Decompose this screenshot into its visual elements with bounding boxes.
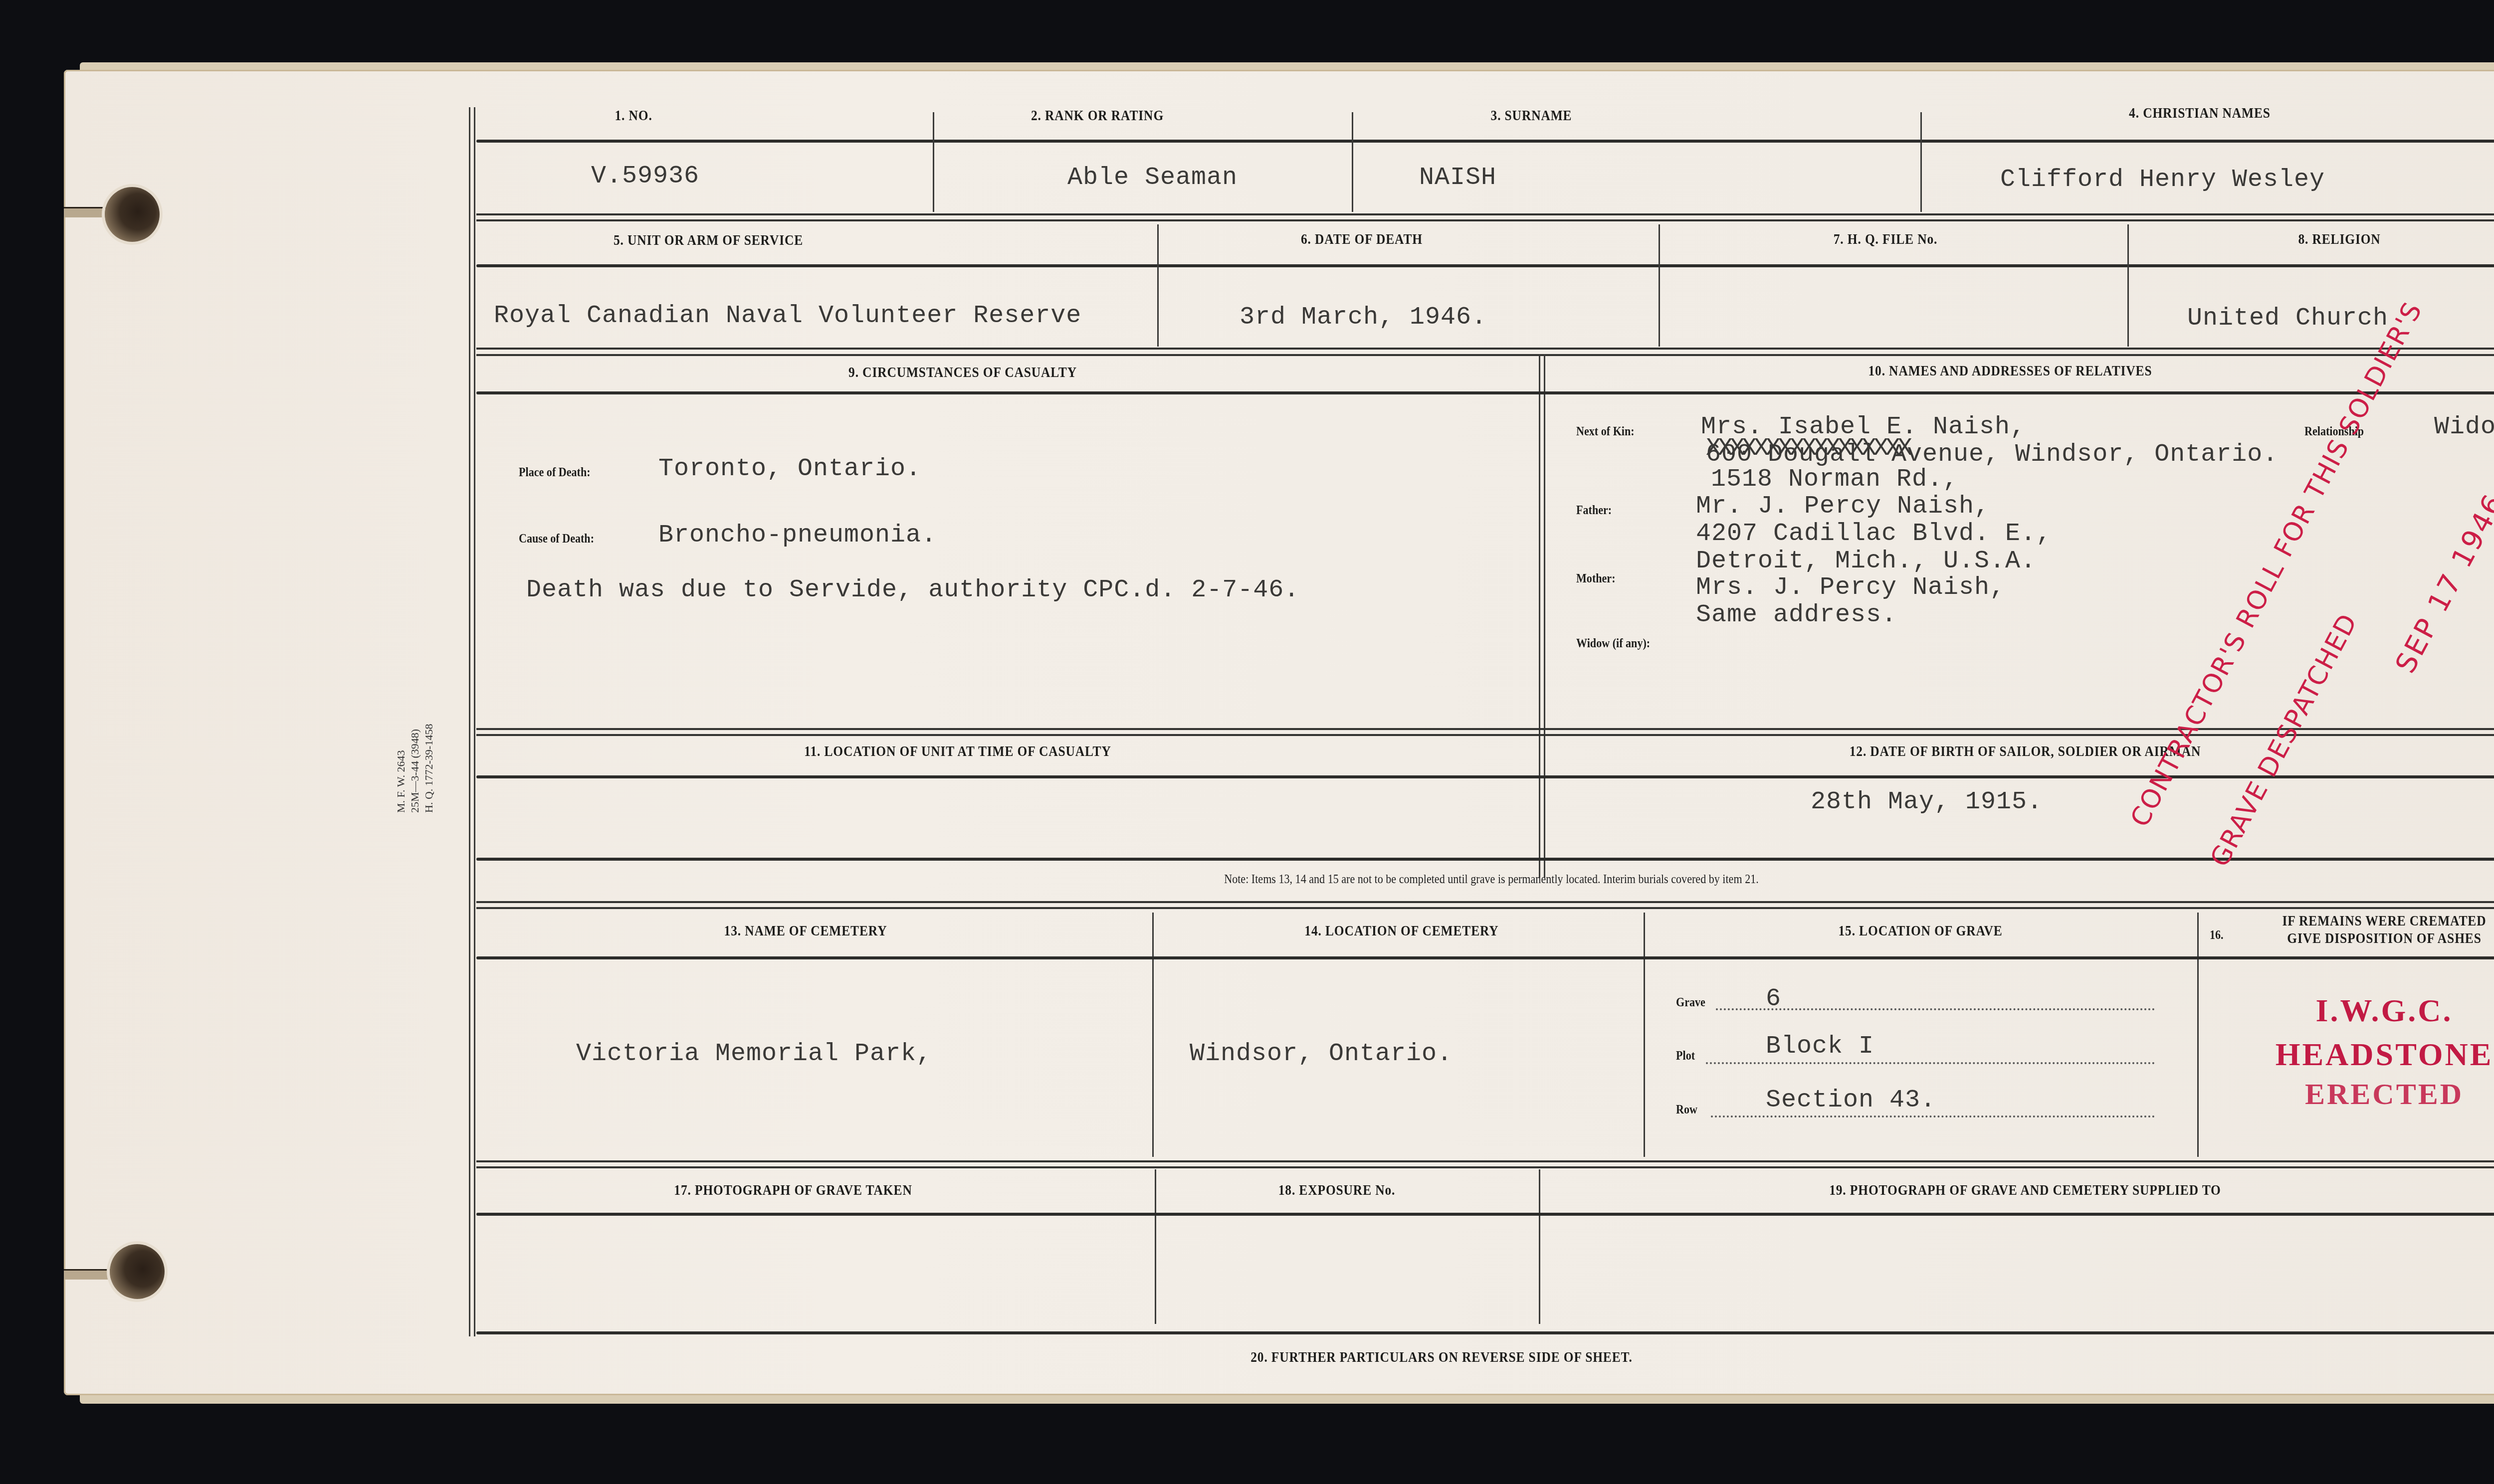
divider: [1539, 354, 1540, 878]
form-code-line: M. F. W. 2643: [394, 724, 408, 813]
value-next-of-kin-new-address: 1518 Norman Rd.,: [1711, 465, 1958, 494]
label-location-of-unit: 11. LOCATION OF UNIT AT TIME OF CASUALTY: [767, 743, 1149, 760]
stamp-erected: ERECTED: [2225, 1077, 2494, 1112]
label-father: Father:: [1576, 503, 1612, 518]
label-hq-file: 7. H. Q. FILE No.: [1801, 231, 1970, 248]
value-father-line: Detroit, Mich., U.S.A.: [1696, 547, 2036, 575]
label-exposure-no: 18. EXPOSURE No.: [1252, 1182, 1422, 1199]
label-religion: 8. RELIGION: [2276, 231, 2403, 248]
divider: [1644, 913, 1645, 1157]
double-rule: [476, 348, 2494, 350]
double-rule: [476, 219, 2494, 221]
label-no: 1. NO.: [591, 107, 676, 124]
value-surname: NAISH: [1419, 164, 1496, 192]
overtype-xs: XXXXXXXXXXXXXXXXX: [1706, 434, 1909, 463]
binder-hole-top: [105, 187, 160, 242]
value-cause-of-death: Broncho-pneumonia.: [658, 521, 937, 550]
label-date-of-death: 6. DATE OF DEATH: [1281, 231, 1443, 248]
value-christian-names: Clifford Henry Wesley: [2000, 166, 2325, 194]
value-mother-line: Same address.: [1696, 601, 1897, 629]
value-religion: United Church: [2187, 304, 2388, 333]
form-code-line: H. Q. 1772-39-1458: [422, 724, 436, 813]
double-rule: [476, 1166, 2494, 1168]
form-border-left-inner: [474, 107, 475, 1336]
label-row: Row: [1676, 1102, 1697, 1117]
label-place-of-death: Place of Death:: [519, 465, 591, 480]
stamp-headstone: HEADSTONE: [2225, 1036, 2494, 1073]
label-circumstances: 9. CIRCUMSTANCES OF CASUALTY: [835, 364, 1090, 381]
value-no: V.59936: [591, 162, 699, 190]
label-cremation-number: 16.: [2210, 927, 2224, 942]
divider: [1157, 224, 1159, 347]
label-next-of-kin: Next of Kin:: [1576, 424, 1635, 439]
label-grave-location: 15. LOCATION OF GRAVE: [1823, 923, 2018, 939]
value-next-of-kin-address: 600 Dougall AvenueXXXXXXXXXXXXXXXXX, Win…: [1706, 440, 2278, 469]
divider: [1352, 112, 1353, 212]
divider: [1152, 913, 1154, 1157]
row6-bottom-rule: [476, 1331, 2494, 1334]
value-mother-line: Mrs. J. Percy Naish,: [1696, 573, 2005, 602]
value-relationship: Widow: [2434, 413, 2494, 441]
value-date-of-death: 3rd March, 1946.: [1240, 303, 1487, 332]
form-border-left: [469, 107, 470, 1336]
divider: [1544, 354, 1545, 878]
form-code: M. F. W. 2643 25M—3-44 (3948) H. Q. 1772…: [394, 724, 436, 813]
value-cemetery-location: Windsor, Ontario.: [1190, 1040, 1453, 1068]
label-cause-of-death: Cause of Death:: [519, 531, 594, 546]
row3-header-rule: [476, 391, 2494, 394]
divider: [1539, 1169, 1540, 1324]
divider: [2197, 913, 2199, 1157]
value-row: Section 43.: [1766, 1086, 1936, 1114]
next-of-kin-city: , Windsor, Ontario.: [1984, 440, 2278, 469]
completion-note: Note: Items 13, 14 and 15 are not to be …: [877, 872, 2106, 887]
divider: [1920, 112, 1922, 212]
value-date-of-birth: 28th May, 1915.: [1811, 788, 2043, 816]
double-rule: [476, 901, 2494, 903]
grave-dotted-line: [1716, 1008, 2155, 1010]
label-relatives: 10. NAMES AND ADDRESSES OF RELATIVES: [1862, 363, 2159, 379]
label-cemetery-name: 13. NAME OF CEMETERY: [710, 923, 901, 939]
label-further-particulars: 20. FURTHER PARTICULARS ON REVERSE SIDE …: [1187, 1349, 1696, 1366]
label-christian-names: 4. CHRISTIAN NAMES: [2115, 105, 2285, 122]
value-father-line: Mr. J. Percy Naish,: [1696, 492, 1990, 521]
label-surname: 3. SURNAME: [1468, 107, 1595, 124]
divider: [1659, 224, 1660, 347]
row4-header-rule: [476, 775, 2494, 778]
label-mother: Mother:: [1576, 571, 1616, 586]
value-rank: Able Seaman: [1067, 164, 1238, 192]
label-photo-taken: 17. PHOTOGRAPH OF GRAVE TAKEN: [645, 1182, 942, 1199]
label-grave: Grave: [1676, 995, 1705, 1010]
value-plot: Block I: [1766, 1032, 1874, 1061]
label-widow: Widow (if any):: [1576, 636, 1650, 651]
divider: [1155, 1169, 1156, 1324]
label-plot: Plot: [1676, 1048, 1695, 1063]
divider: [2127, 224, 2129, 347]
row-dotted-line: [1711, 1115, 2155, 1117]
binder-hole-bottom: [110, 1244, 165, 1299]
label-cremation-line1: IF REMAINS WERE CREMATED: [2257, 913, 2494, 929]
label-unit: 5. UNIT OR ARM OF SERVICE: [598, 232, 819, 249]
row4-bottom-rule: [476, 858, 2494, 861]
row5-header-rule: [476, 956, 2494, 959]
double-rule: [476, 354, 2494, 356]
value-place-of-death: Toronto, Ontario.: [658, 455, 921, 483]
value-unit: Royal Canadian Naval Volunteer Reserve: [494, 302, 1081, 330]
row1-header-rule: [476, 140, 2494, 143]
label-photo-supplied-to: 19. PHOTOGRAPH OF GRAVE AND CEMETERY SUP…: [1771, 1182, 2280, 1199]
divider: [933, 112, 934, 212]
value-circumstances-remark: Death was due to Servide, authority CPC.…: [526, 576, 1299, 604]
label-cremation-line2: GIVE DISPOSITION OF ASHES: [2257, 930, 2494, 947]
value-cemetery-name: Victoria Memorial Park,: [576, 1040, 932, 1068]
label-rank: 2. RANK OR RATING: [1013, 107, 1182, 124]
double-rule: [476, 1160, 2494, 1162]
stamp-iwgc: I.W.G.C.: [2225, 992, 2494, 1029]
form-code-line: 25M—3-44 (3948): [408, 724, 422, 813]
value-father-line: 4207 Cadillac Blvd. E.,: [1696, 520, 2052, 548]
row2-header-rule: [476, 264, 2494, 267]
struck-address: 600 Dougall AvenueXXXXXXXXXXXXXXXXX: [1706, 440, 1984, 469]
double-rule: [476, 907, 2494, 909]
row6-header-rule: [476, 1213, 2494, 1216]
label-cemetery-location: 14. LOCATION OF CEMETERY: [1291, 923, 1512, 939]
value-grave: 6: [1766, 985, 1781, 1013]
plot-dotted-line: [1706, 1062, 2155, 1064]
double-rule: [476, 213, 2494, 215]
